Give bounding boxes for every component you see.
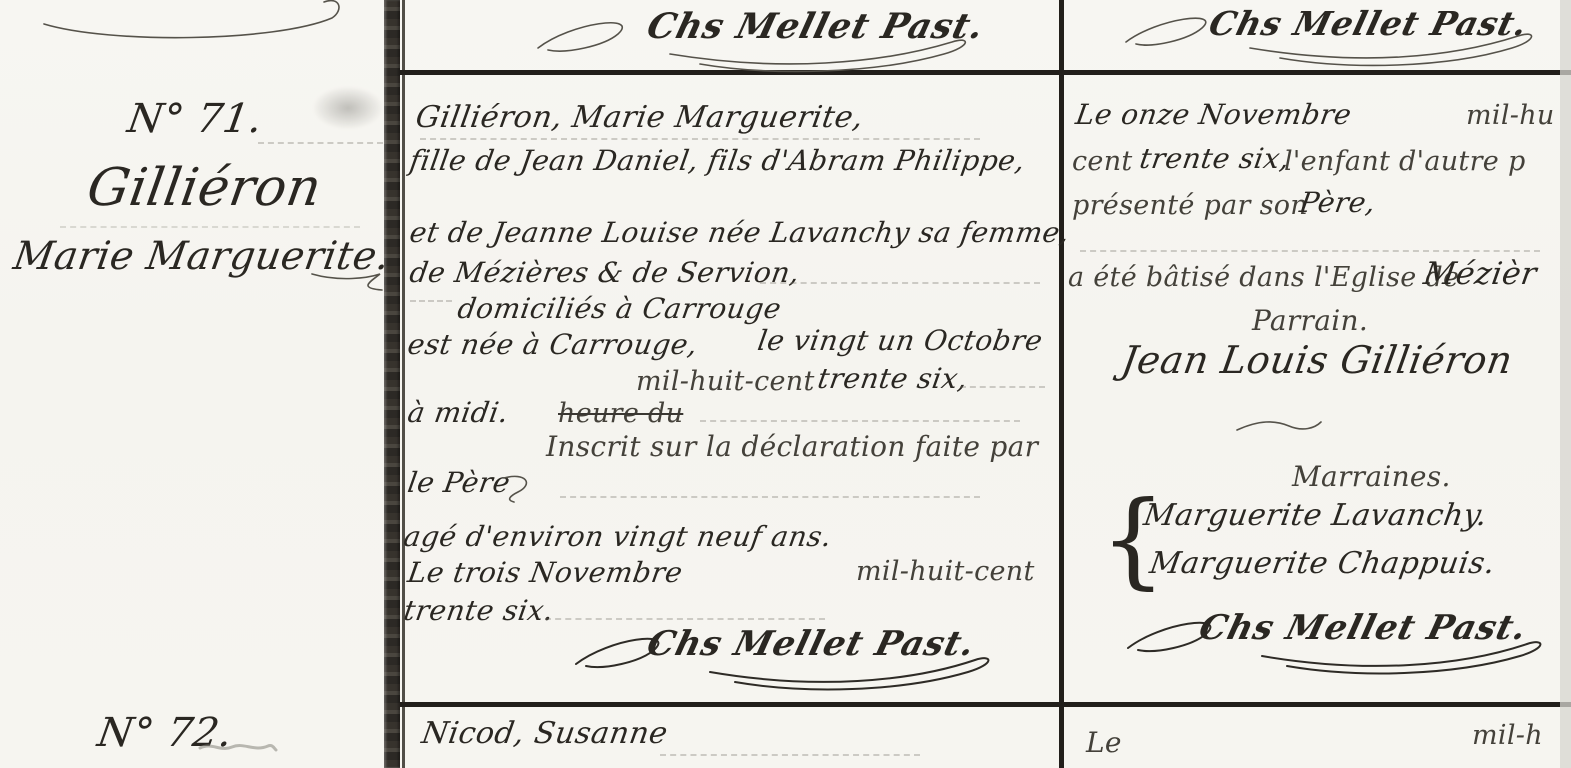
child-reference-printed: l'enfant d'autre p: [1284, 146, 1526, 177]
godmother-1: Marguerite Lavanchy.: [1141, 498, 1490, 533]
pastor-signature-previous-right: Chs Mellet Past.: [1205, 4, 1532, 43]
row-bottom-rule: [400, 702, 1571, 707]
birth-date-day: le vingt un Octobre: [755, 324, 1045, 357]
entry-number: N° 71.: [124, 96, 266, 142]
birth-father-line: fille de Jean Daniel, fils d'Abram Phili…: [407, 144, 1027, 177]
church-place-hand: Mézièr: [1421, 256, 1539, 292]
next-entry-child-name: Nicod, Susanne: [419, 716, 670, 751]
presented-by-printed: présenté par son: [1072, 190, 1308, 221]
godmother-2: Marguerite Chappuis.: [1147, 546, 1497, 581]
godfather-label: Parrain.: [1252, 304, 1368, 337]
column-divider: [1059, 0, 1064, 768]
father-age-line: agé d'environ vingt neuf ans.: [401, 520, 834, 553]
godmothers-label: Marraines.: [1292, 460, 1451, 493]
gutter-line: [402, 0, 405, 768]
registration-year-printed: mil-huit-cent: [856, 556, 1035, 587]
birth-hour: à midi.: [405, 396, 511, 429]
birth-mother-line: et de Jeanne Louise née Lavanchy sa femm…: [407, 216, 1071, 249]
pere-tail-flourish: [500, 470, 540, 504]
next-entry-year-printed: mil-h: [1472, 720, 1543, 751]
struck-printed-text: heure du: [558, 398, 683, 429]
birth-place-line: est née à Carrouge,: [405, 328, 700, 361]
scan-right-edge: [1560, 0, 1571, 768]
birth-date-year-hand: trente six,: [815, 362, 970, 395]
declarant: le Père: [405, 466, 512, 499]
pastor-signature-birth: Chs Mellet Past.: [643, 624, 979, 664]
registration-date-hand: Le trois Novembre: [405, 556, 685, 589]
row-top-rule: [400, 70, 1571, 75]
baptism-year-printed-start: mil-hu: [1466, 100, 1555, 131]
declaration-printed-line: Inscrit sur la déclaration faite par: [546, 430, 1038, 463]
birth-date-year-printed: mil-huit-cent: [636, 366, 815, 397]
godmothers-brace: {: [1100, 478, 1166, 600]
margin-surname: Gilliéron: [83, 158, 326, 218]
baptism-date-hand: Le onze Novembre: [1073, 98, 1354, 131]
registration-year-hand: trente six.: [401, 594, 556, 627]
presenter: Père,: [1297, 186, 1378, 219]
baptism-year-hand: trente six,: [1137, 142, 1292, 175]
baptized-in-church-printed: a été bâtisé dans l'Eglise de: [1068, 262, 1459, 293]
pencil-squiggle: [198, 738, 278, 758]
name-tail-flourish: [310, 268, 390, 294]
birth-domicile-line: domiciliés à Carrouge: [455, 292, 783, 325]
birth-origin-line: de Mézières & de Servion,: [407, 256, 802, 289]
baptism-year-printed-cont: cent: [1072, 146, 1133, 177]
pastor-signature-baptism: Chs Mellet Past.: [1195, 608, 1531, 648]
underline-tilde-flourish: [1235, 418, 1325, 438]
birth-child-name: Gilliéron, Marie Marguerite,: [413, 100, 866, 135]
margin-flourish-previous: [40, 0, 360, 50]
page-gutter-band: [384, 0, 400, 768]
pencil-smudge: [312, 86, 384, 130]
godfather-name: Jean Louis Gilliéron: [1119, 338, 1516, 382]
pastor-signature-previous-middle: Chs Mellet Past.: [643, 6, 989, 47]
register-page-scan: Chs Mellet Past. Chs Mellet Past. N° 71.…: [0, 0, 1571, 768]
next-entry-date-printed: Le: [1086, 726, 1122, 759]
